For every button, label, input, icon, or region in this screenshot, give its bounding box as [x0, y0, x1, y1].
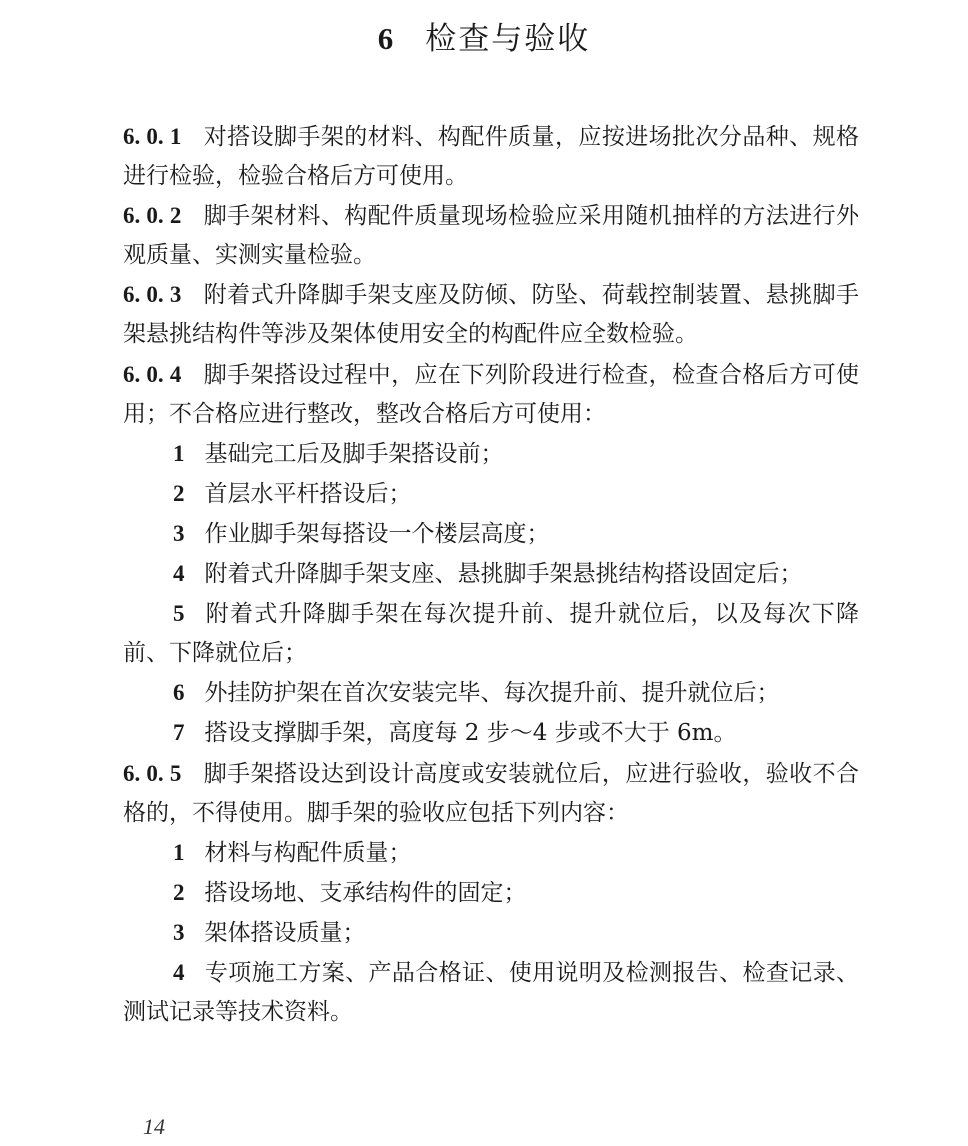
item-text: 附着式升降脚手架支座、悬挑脚手架悬挑结构搭设固定后； [205, 561, 803, 587]
item-text: 架体搭设质量； [205, 920, 366, 946]
item-text: 外挂防护架在首次安装完毕、每次提升前、提升就位后； [205, 680, 780, 706]
item-text: 附着式升降脚手架在每次提升前、提升就位后，以及每次下降前、下降就位后； [123, 601, 859, 666]
clause-6-0-4: 6. 0. 4脚手架搭设过程中，应在下列阶段进行检查，检查合格后方可使用；不合格… [123, 355, 859, 434]
clause-number: 6. 0. 3 [123, 282, 181, 307]
item-number: 1 [173, 434, 185, 473]
clause-text: 对搭设脚手架的材料、构配件质量，应按进场批次分品种、规格进行检验，检验合格后方可… [123, 124, 859, 189]
clause-number: 6. 0. 1 [123, 124, 181, 149]
item-number: 2 [173, 474, 185, 513]
clause-number: 6. 0. 5 [123, 761, 181, 786]
clause-text: 脚手架材料、构配件质量现场检验应采用随机抽样的方法进行外观质量、实测实量检验。 [123, 203, 859, 268]
item-number: 3 [173, 514, 185, 553]
item-number: 4 [173, 953, 185, 992]
clause-6-0-3: 6. 0. 3附着式升降脚手架支座及防倾、防坠、荷载控制装置、悬挑脚手架悬挑结构… [123, 275, 859, 354]
item-text: 作业脚手架每搭设一个楼层高度； [205, 521, 550, 547]
clause-text: 脚手架搭设过程中，应在下列阶段进行检查，检查合格后方可使用；不合格应进行整改，整… [123, 362, 859, 427]
clause-text: 附着式升降脚手架支座及防倾、防坠、荷载控制装置、悬挑脚手架悬挑结构件等涉及架体使… [123, 282, 859, 347]
clause-number: 6. 0. 2 [123, 203, 181, 228]
list-item: 3作业脚手架每搭设一个楼层高度； [123, 514, 859, 554]
list-item: 3架体搭设质量； [123, 913, 859, 953]
item-number: 3 [173, 913, 185, 952]
clause-number: 6. 0. 4 [123, 362, 181, 387]
chapter-title: 检查与验收 [425, 21, 590, 57]
list-item: 4专项施工方案、产品合格证、使用说明及检测报告、检查记录、测试记录等技术资料。 [123, 953, 859, 1032]
item-text: 专项施工方案、产品合格证、使用说明及检测报告、检查记录、测试记录等技术资料。 [123, 960, 859, 1025]
list-item: 6外挂防护架在首次安装完毕、每次提升前、提升就位后； [123, 673, 859, 713]
item-text: 搭设场地、支承结构件的固定； [205, 880, 527, 906]
item-number: 2 [173, 873, 185, 912]
item-number: 6 [173, 673, 185, 712]
item-text: 基础完工后及脚手架搭设前； [205, 441, 504, 467]
page-number: 14 [143, 1114, 165, 1140]
list-item: 4附着式升降脚手架支座、悬挑脚手架悬挑结构搭设固定后； [123, 554, 859, 594]
clause-6-0-5: 6. 0. 5脚手架搭设达到设计高度或安装就位后，应进行验收，验收不合格的，不得… [123, 754, 859, 833]
document-body: 6. 0. 1对搭设脚手架的材料、构配件质量，应按进场批次分品种、规格进行检验，… [123, 117, 859, 1032]
item-number: 5 [173, 594, 185, 633]
list-item: 7搭设支撑脚手架，高度每 2 步～4 步或不大于 6m。 [123, 713, 859, 753]
clause-6-0-2: 6. 0. 2脚手架材料、构配件质量现场检验应采用随机抽样的方法进行外观质量、实… [123, 196, 859, 275]
list-item: 1基础完工后及脚手架搭设前； [123, 434, 859, 474]
clause-text: 脚手架搭设达到设计高度或安装就位后，应进行验收，验收不合格的，不得使用。脚手架的… [123, 761, 859, 826]
list-item: 2首层水平杆搭设后； [123, 474, 859, 514]
item-number: 4 [173, 554, 185, 593]
list-item: 1材料与构配件质量； [123, 833, 859, 873]
chapter-number: 6 [378, 21, 396, 56]
clause-6-0-1: 6. 0. 1对搭设脚手架的材料、构配件质量，应按进场批次分品种、规格进行检验，… [123, 117, 859, 196]
item-number: 7 [173, 713, 185, 752]
list-item: 2搭设场地、支承结构件的固定； [123, 873, 859, 913]
list-item: 5附着式升降脚手架在每次提升前、提升就位后，以及每次下降前、下降就位后； [123, 594, 859, 673]
item-text: 材料与构配件质量； [205, 840, 412, 866]
item-number: 1 [173, 833, 185, 872]
item-text: 首层水平杆搭设后； [205, 481, 412, 507]
chapter-heading: 6检查与验收 [0, 14, 968, 64]
item-text: 搭设支撑脚手架，高度每 2 步～4 步或不大于 6m。 [205, 720, 737, 746]
